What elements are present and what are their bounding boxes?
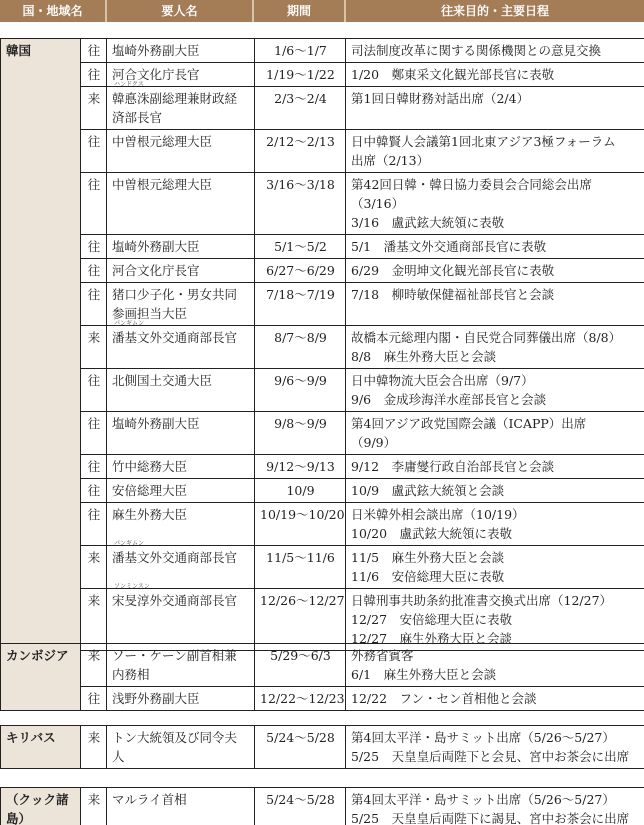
purpose: 第4回太平洋・島サミット出席（5/26～5/27）5/25 天皇皇后両陛下と会見… [346, 726, 644, 769]
period: 5/29～6/3 [255, 644, 346, 687]
purpose-line: 出席（2/13） [351, 151, 640, 170]
person-name-line: 塩崎外務副大臣 [112, 414, 250, 433]
table-row: 来宋旻淳外交通商部長官ソンミンスン12/26～12/27日韓刑事共助条約批准書交… [1, 589, 644, 651]
purpose: 司法制度改革に関する関係機関との意見交換 [346, 39, 644, 63]
purpose-line: 外務省賓客 [351, 646, 640, 665]
table-row: 往河合文化庁長官6/27～6/296/29 金明坤文化観光部長官に表敬 [1, 259, 644, 283]
period-text: 6/27～6/29 [260, 261, 341, 280]
purpose-line: （9/9） [351, 433, 640, 452]
person-name: 塩崎外務副大臣 [107, 412, 255, 455]
person-name-line: 潘基文外交通商部長官パンギムン [112, 548, 250, 567]
direction: 往 [81, 130, 107, 173]
purpose-line: 5/1 潘基文外交通商部長官に表敬 [351, 237, 640, 256]
table-row: 韓国往塩崎外務副大臣1/6～1/7司法制度改革に関する関係機関との意見交換 [1, 39, 644, 63]
person-name-line: 塩崎外務副大臣 [112, 41, 250, 60]
purpose-line: 8/8 麻生外務大臣と会談 [351, 347, 640, 366]
purpose-line: 11/5 麻生外務大臣と会談 [351, 548, 640, 567]
direction: 来 [81, 546, 107, 589]
table-row: 来潘基文外交通商部長官パンギムン8/7～8/9故橋本元総理内閣・自民党合同葬儀出… [1, 326, 644, 369]
purpose: 7/18 柳時敏保健福祉部長官と会談 [346, 283, 644, 326]
purpose: 11/5 麻生外務大臣と会談11/6 安倍総理大臣に表敬 [346, 546, 644, 589]
table-row: 往浅野外務副大臣12/22～12/2312/22 フン・セン首相他と会談 [1, 687, 644, 711]
direction: 来 [81, 326, 107, 369]
header-purpose: 往来目的・主要日程 [346, 0, 644, 22]
person-name: 中曽根元総理大臣 [107, 173, 255, 235]
period-text: 3/16～3/18 [260, 175, 341, 194]
purpose: 10/9 盧武鉉大統領と会談 [346, 479, 644, 503]
direction: 来 [81, 644, 107, 687]
person-name-line: 宋旻淳外交通商部長官ソンミンスン [112, 591, 250, 610]
person-name-line: 塩崎外務副大臣 [112, 237, 250, 256]
person-name: 塩崎外務副大臣 [107, 39, 255, 63]
person-name-line: 北側国土交通大臣 [112, 371, 250, 390]
person-name-line: 韓悳洙副総理兼財政経ハンドクス [112, 89, 250, 108]
person-name-line: 中曽根元総理大臣 [112, 175, 250, 194]
person-name: ソー・ケーン副首相兼内務相 [107, 644, 255, 687]
purpose-line: 1/20 鄭東采文化観光部長官に表敬 [351, 65, 640, 84]
period: 1/19～1/22 [255, 63, 346, 87]
purpose: 日韓刑事共助条約批准書交換式出席（12/27）12/27 安倍総理大臣に表敬12… [346, 589, 644, 651]
period: 1/6～1/7 [255, 39, 346, 63]
person-name-line: 猪口少子化・男女共同 [112, 285, 250, 304]
period-text: 12/26～12/27 [260, 591, 341, 610]
period: 7/18～7/19 [255, 283, 346, 326]
purpose-line: 3/16 盧武鉉大統領に表敬 [351, 213, 640, 232]
period: 11/5～11/6 [255, 546, 346, 589]
person-name: トン大統領及び同令夫人 [107, 726, 255, 769]
purpose: 第42回日韓・韓日協力委員会合同総会出席（3/16）3/16 盧武鉉大統領に表敬 [346, 173, 644, 235]
person-name: 安倍総理大臣 [107, 479, 255, 503]
period: 9/8～9/9 [255, 412, 346, 455]
period-text: 5/24～5/28 [260, 728, 341, 747]
period: 12/26～12/27 [255, 589, 346, 651]
person-name: 北側国土交通大臣 [107, 369, 255, 412]
direction: 来 [81, 87, 107, 130]
purpose-line: 日中韓賢人会議第1回北東アジア3極フォーラム [351, 132, 640, 151]
country-block: （クック諸島）来マルライ首相5/24～5/28第4回太平洋・島サミット出席（5/… [0, 787, 644, 825]
direction: 来 [81, 589, 107, 651]
period-text: 8/7～8/9 [260, 328, 341, 347]
purpose: 日中韓賢人会議第1回北東アジア3極フォーラム出席（2/13） [346, 130, 644, 173]
table-row: 往中曽根元総理大臣2/12～2/13日中韓賢人会議第1回北東アジア3極フォーラム… [1, 130, 644, 173]
person-name-line: 浅野外務副大臣 [112, 689, 250, 708]
ruby-reading: パンギムン [114, 321, 144, 327]
person-name: 韓悳洙副総理兼財政経ハンドクス済部長官 [107, 87, 255, 130]
purpose-line: 日中韓物流大臣会合出席（9/7） [351, 371, 640, 390]
period: 8/7～8/9 [255, 326, 346, 369]
period: 12/22～12/23 [255, 687, 346, 711]
person-name-line: ソー・ケーン副首相兼 [112, 646, 250, 665]
period: 10/19～10/20 [255, 503, 346, 546]
purpose-line: 12/22 フン・セン首相他と会談 [351, 689, 640, 708]
header-country: 国・地域名 [0, 0, 107, 22]
purpose: 日中韓物流大臣会合出席（9/7）9/6 金成珍海洋水産部長官と会談 [346, 369, 644, 412]
direction: 往 [81, 369, 107, 412]
purpose-line: 11/6 安倍総理大臣に表敬 [351, 567, 640, 586]
table-row: 往猪口少子化・男女共同参画担当大臣7/18～7/197/18 柳時敏保健福祉部長… [1, 283, 644, 326]
person-name-line: 内務相 [112, 665, 250, 684]
direction: 往 [81, 412, 107, 455]
purpose: 第4回アジア政党国際会議（ICAPP）出席（9/9） [346, 412, 644, 455]
table-row: 往安倍総理大臣10/910/9 盧武鉉大統領と会談 [1, 479, 644, 503]
person-name: 潘基文外交通商部長官パンギムン [107, 326, 255, 369]
purpose: 9/12 李庸燮行政自治部長官と会談 [346, 455, 644, 479]
purpose-line: 第42回日韓・韓日協力委員会合同総会出席 [351, 175, 640, 194]
person-name: 宋旻淳外交通商部長官ソンミンスン [107, 589, 255, 651]
period: 3/16～3/18 [255, 173, 346, 235]
period-text: 11/5～11/6 [260, 548, 341, 567]
period: 10/9 [255, 479, 346, 503]
purpose: 12/22 フン・セン首相他と会談 [346, 687, 644, 711]
purpose-line: （3/16） [351, 194, 640, 213]
purpose-line: 第4回太平洋・島サミット出席（5/26～5/27） [351, 728, 640, 747]
purpose-line: 9/6 金成珍海洋水産部長官と会談 [351, 390, 640, 409]
table-row: 往中曽根元総理大臣3/16～3/18第42回日韓・韓日協力委員会合同総会出席（3… [1, 173, 644, 235]
purpose-line: 6/1 麻生外務大臣と会談 [351, 665, 640, 684]
period: 5/24～5/28 [255, 788, 346, 825]
purpose-line: 故橋本元総理内閣・自民党合同葬儀出席（8/8） [351, 328, 640, 347]
direction: 往 [81, 235, 107, 259]
country-block: カンボジア来ソー・ケーン副首相兼内務相5/29～6/3外務省賓客6/1 麻生外務… [0, 643, 644, 711]
period-text: 5/29～6/3 [260, 646, 341, 665]
table-row: 往塩崎外務副大臣9/8～9/9第4回アジア政党国際会議（ICAPP）出席（9/9… [1, 412, 644, 455]
country-name: （クック諸島） [1, 788, 81, 825]
person-name-line: 安倍総理大臣 [112, 481, 250, 500]
table-row: 来韓悳洙副総理兼財政経ハンドクス済部長官2/3～2/4第1回日韓財務対話出席（2… [1, 87, 644, 130]
country-block: 韓国往塩崎外務副大臣1/6～1/7司法制度改革に関する関係機関との意見交換往河合… [0, 38, 644, 651]
period-text: 9/6～9/9 [260, 371, 341, 390]
person-name-line: 済部長官 [112, 108, 250, 127]
person-name-line: 竹中総務大臣 [112, 457, 250, 476]
table-row: カンボジア来ソー・ケーン副首相兼内務相5/29～6/3外務省賓客6/1 麻生外務… [1, 644, 644, 687]
purpose-line: 9/12 李庸燮行政自治部長官と会談 [351, 457, 640, 476]
period-text: 5/1～5/2 [260, 237, 341, 256]
purpose: 第1回日韓財務対話出席（2/4） [346, 87, 644, 130]
person-name-line: 麻生外務大臣 [112, 505, 250, 524]
purpose-line: 5/25 天皇皇后両陛下に謁見、宮中お茶会に出席 [351, 809, 640, 825]
table-row: キリバス来トン大統領及び同令夫人5/24～5/28第4回太平洋・島サミット出席（… [1, 726, 644, 769]
period-text: 2/3～2/4 [260, 89, 341, 108]
table-row: 往麻生外務大臣10/19～10/20日米韓外相会談出席（10/19）10/20 … [1, 503, 644, 546]
person-name-line: 潘基文外交通商部長官パンギムン [112, 328, 250, 347]
direction: 往 [81, 283, 107, 326]
purpose-line: 第1回日韓財務対話出席（2/4） [351, 89, 640, 108]
period: 2/3～2/4 [255, 87, 346, 130]
purpose-line: 5/25 天皇皇后両陛下と会見、宮中お茶会に出席 [351, 747, 640, 766]
period-text: 10/9 [260, 481, 341, 500]
person-name: 中曽根元総理大臣 [107, 130, 255, 173]
period: 2/12～2/13 [255, 130, 346, 173]
direction: 来 [81, 788, 107, 825]
purpose-line: 12/27 安倍総理大臣に表敬 [351, 610, 640, 629]
period: 9/6～9/9 [255, 369, 346, 412]
ruby-reading: パンギムン [114, 541, 144, 547]
table-row: 往北側国土交通大臣9/6～9/9日中韓物流大臣会合出席（9/7）9/6 金成珍海… [1, 369, 644, 412]
purpose: 外務省賓客6/1 麻生外務大臣と会談 [346, 644, 644, 687]
table-header: 国・地域名 要人名 期間 往来目的・主要日程 [0, 0, 644, 22]
purpose-line: 第4回太平洋・島サミット出席（5/26～5/27） [351, 790, 640, 809]
period-text: 2/12～2/13 [260, 132, 341, 151]
table-row: （クック諸島）来マルライ首相5/24～5/28第4回太平洋・島サミット出席（5/… [1, 788, 644, 825]
table-row: 往竹中総務大臣9/12～9/139/12 李庸燮行政自治部長官と会談 [1, 455, 644, 479]
person-name: 竹中総務大臣 [107, 455, 255, 479]
direction: 往 [81, 455, 107, 479]
purpose: 5/1 潘基文外交通商部長官に表敬 [346, 235, 644, 259]
person-name-line: マルライ首相 [112, 790, 250, 809]
person-name: 塩崎外務副大臣 [107, 235, 255, 259]
purpose-line: 10/20 盧武鉉大統領に表敬 [351, 524, 640, 543]
period-text: 9/8～9/9 [260, 414, 341, 433]
purpose-line: 第4回アジア政党国際会議（ICAPP）出席 [351, 414, 640, 433]
purpose: 第4回太平洋・島サミット出席（5/26～5/27）5/25 天皇皇后両陛下に謁見… [346, 788, 644, 825]
header-person: 要人名 [107, 0, 254, 22]
period: 5/24～5/28 [255, 726, 346, 769]
person-name: 浅野外務副大臣 [107, 687, 255, 711]
purpose: 故橋本元総理内閣・自民党合同葬儀出席（8/8）8/8 麻生外務大臣と会談 [346, 326, 644, 369]
direction: 来 [81, 726, 107, 769]
table-row: 来潘基文外交通商部長官パンギムン11/5～11/611/5 麻生外務大臣と会談1… [1, 546, 644, 589]
period-text: 7/18～7/19 [260, 285, 341, 304]
table-row: 往塩崎外務副大臣5/1～5/25/1 潘基文外交通商部長官に表敬 [1, 235, 644, 259]
person-name-line: 河合文化庁長官 [112, 261, 250, 280]
ruby-reading: ハンドクス [114, 82, 144, 88]
person-name-line: 人 [112, 747, 250, 766]
purpose-line: 10/9 盧武鉉大統領と会談 [351, 481, 640, 500]
country-name: 韓国 [1, 39, 81, 651]
header-period: 期間 [254, 0, 346, 22]
country-block: キリバス来トン大統領及び同令夫人5/24～5/28第4回太平洋・島サミット出席（… [0, 725, 644, 769]
period: 5/1～5/2 [255, 235, 346, 259]
purpose-line: 司法制度改革に関する関係機関との意見交換 [351, 41, 640, 60]
period-text: 12/22～12/23 [260, 689, 341, 708]
person-name: 河合文化庁長官 [107, 259, 255, 283]
person-name-line: トン大統領及び同令夫 [112, 728, 250, 747]
direction: 往 [81, 63, 107, 87]
direction: 往 [81, 259, 107, 283]
period: 6/27～6/29 [255, 259, 346, 283]
country-name: キリバス [1, 726, 81, 769]
purpose-line: 7/18 柳時敏保健福祉部長官と会談 [351, 285, 640, 304]
country-name: カンボジア [1, 644, 81, 711]
direction: 往 [81, 503, 107, 546]
period-text: 1/6～1/7 [260, 41, 341, 60]
purpose-line: 6/29 金明坤文化観光部長官に表敬 [351, 261, 640, 280]
purpose: 1/20 鄭東采文化観光部長官に表敬 [346, 63, 644, 87]
purpose-line: 日米韓外相会談出席（10/19） [351, 505, 640, 524]
period-text: 9/12～9/13 [260, 457, 341, 476]
ruby-reading: ソンミンスン [114, 584, 150, 590]
person-name-line: 中曽根元総理大臣 [112, 132, 250, 151]
direction: 往 [81, 479, 107, 503]
purpose: 日米韓外相会談出席（10/19）10/20 盧武鉉大統領に表敬 [346, 503, 644, 546]
direction: 往 [81, 39, 107, 63]
period-text: 10/19～10/20 [260, 505, 341, 524]
table-row: 往河合文化庁長官1/19～1/221/20 鄭東采文化観光部長官に表敬 [1, 63, 644, 87]
period-text: 1/19～1/22 [260, 65, 341, 84]
purpose: 6/29 金明坤文化観光部長官に表敬 [346, 259, 644, 283]
purpose-line: 日韓刑事共助条約批准書交換式出席（12/27） [351, 591, 640, 610]
period-text: 5/24～5/28 [260, 790, 341, 809]
person-name: マルライ首相 [107, 788, 255, 825]
direction: 往 [81, 173, 107, 235]
period: 9/12～9/13 [255, 455, 346, 479]
direction: 往 [81, 687, 107, 711]
